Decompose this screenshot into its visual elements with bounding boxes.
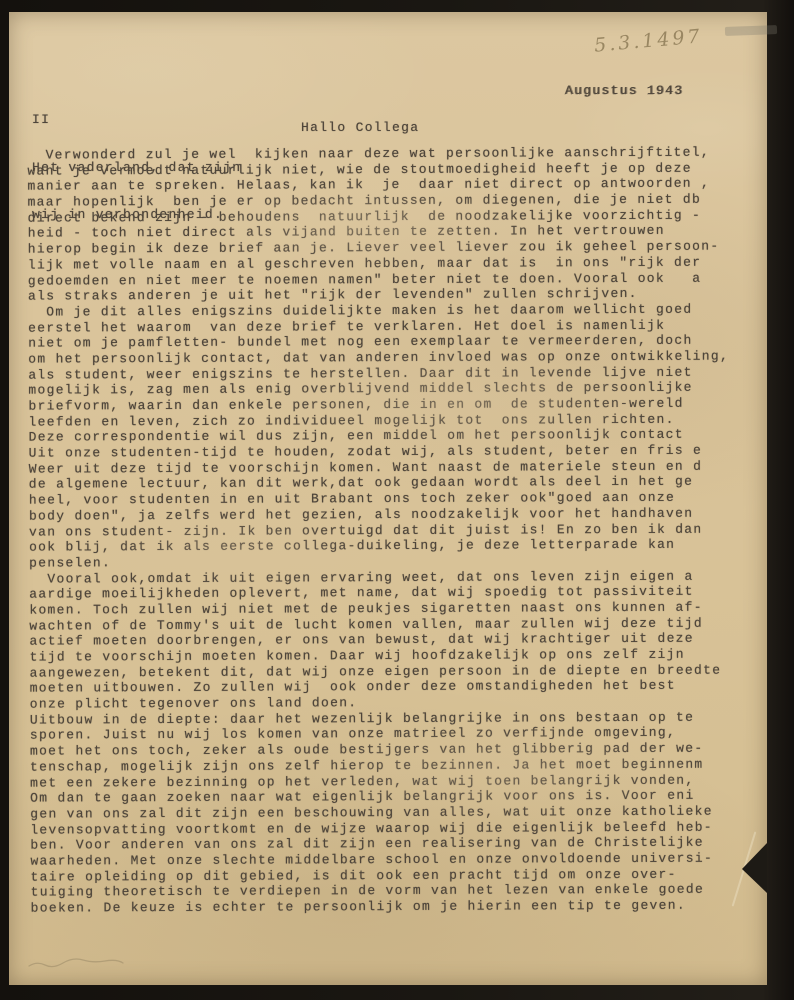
text-line: moeten uitbouwen. Zo zullen wij ook onde… bbox=[30, 678, 760, 697]
text-line: ook blij, dat ik als eerste collega-duik… bbox=[29, 537, 759, 556]
salutation: Hallo Collega bbox=[301, 120, 419, 135]
typewritten-text: Verwonderd zul je wel kijken naar deze w… bbox=[27, 144, 760, 916]
series-mark: II bbox=[32, 112, 241, 128]
archive-number-handwritten: 5.3.1497 bbox=[593, 25, 703, 56]
text-line: boeken. De keuze is echter te persoonlij… bbox=[31, 897, 761, 916]
letter-date: Augustus 1943 bbox=[565, 83, 683, 98]
letter-page: 5.3.1497 II Het vaderland, dat zijn wij … bbox=[9, 12, 767, 985]
pencil-squiggle bbox=[25, 950, 155, 974]
tape-mark bbox=[725, 25, 777, 36]
